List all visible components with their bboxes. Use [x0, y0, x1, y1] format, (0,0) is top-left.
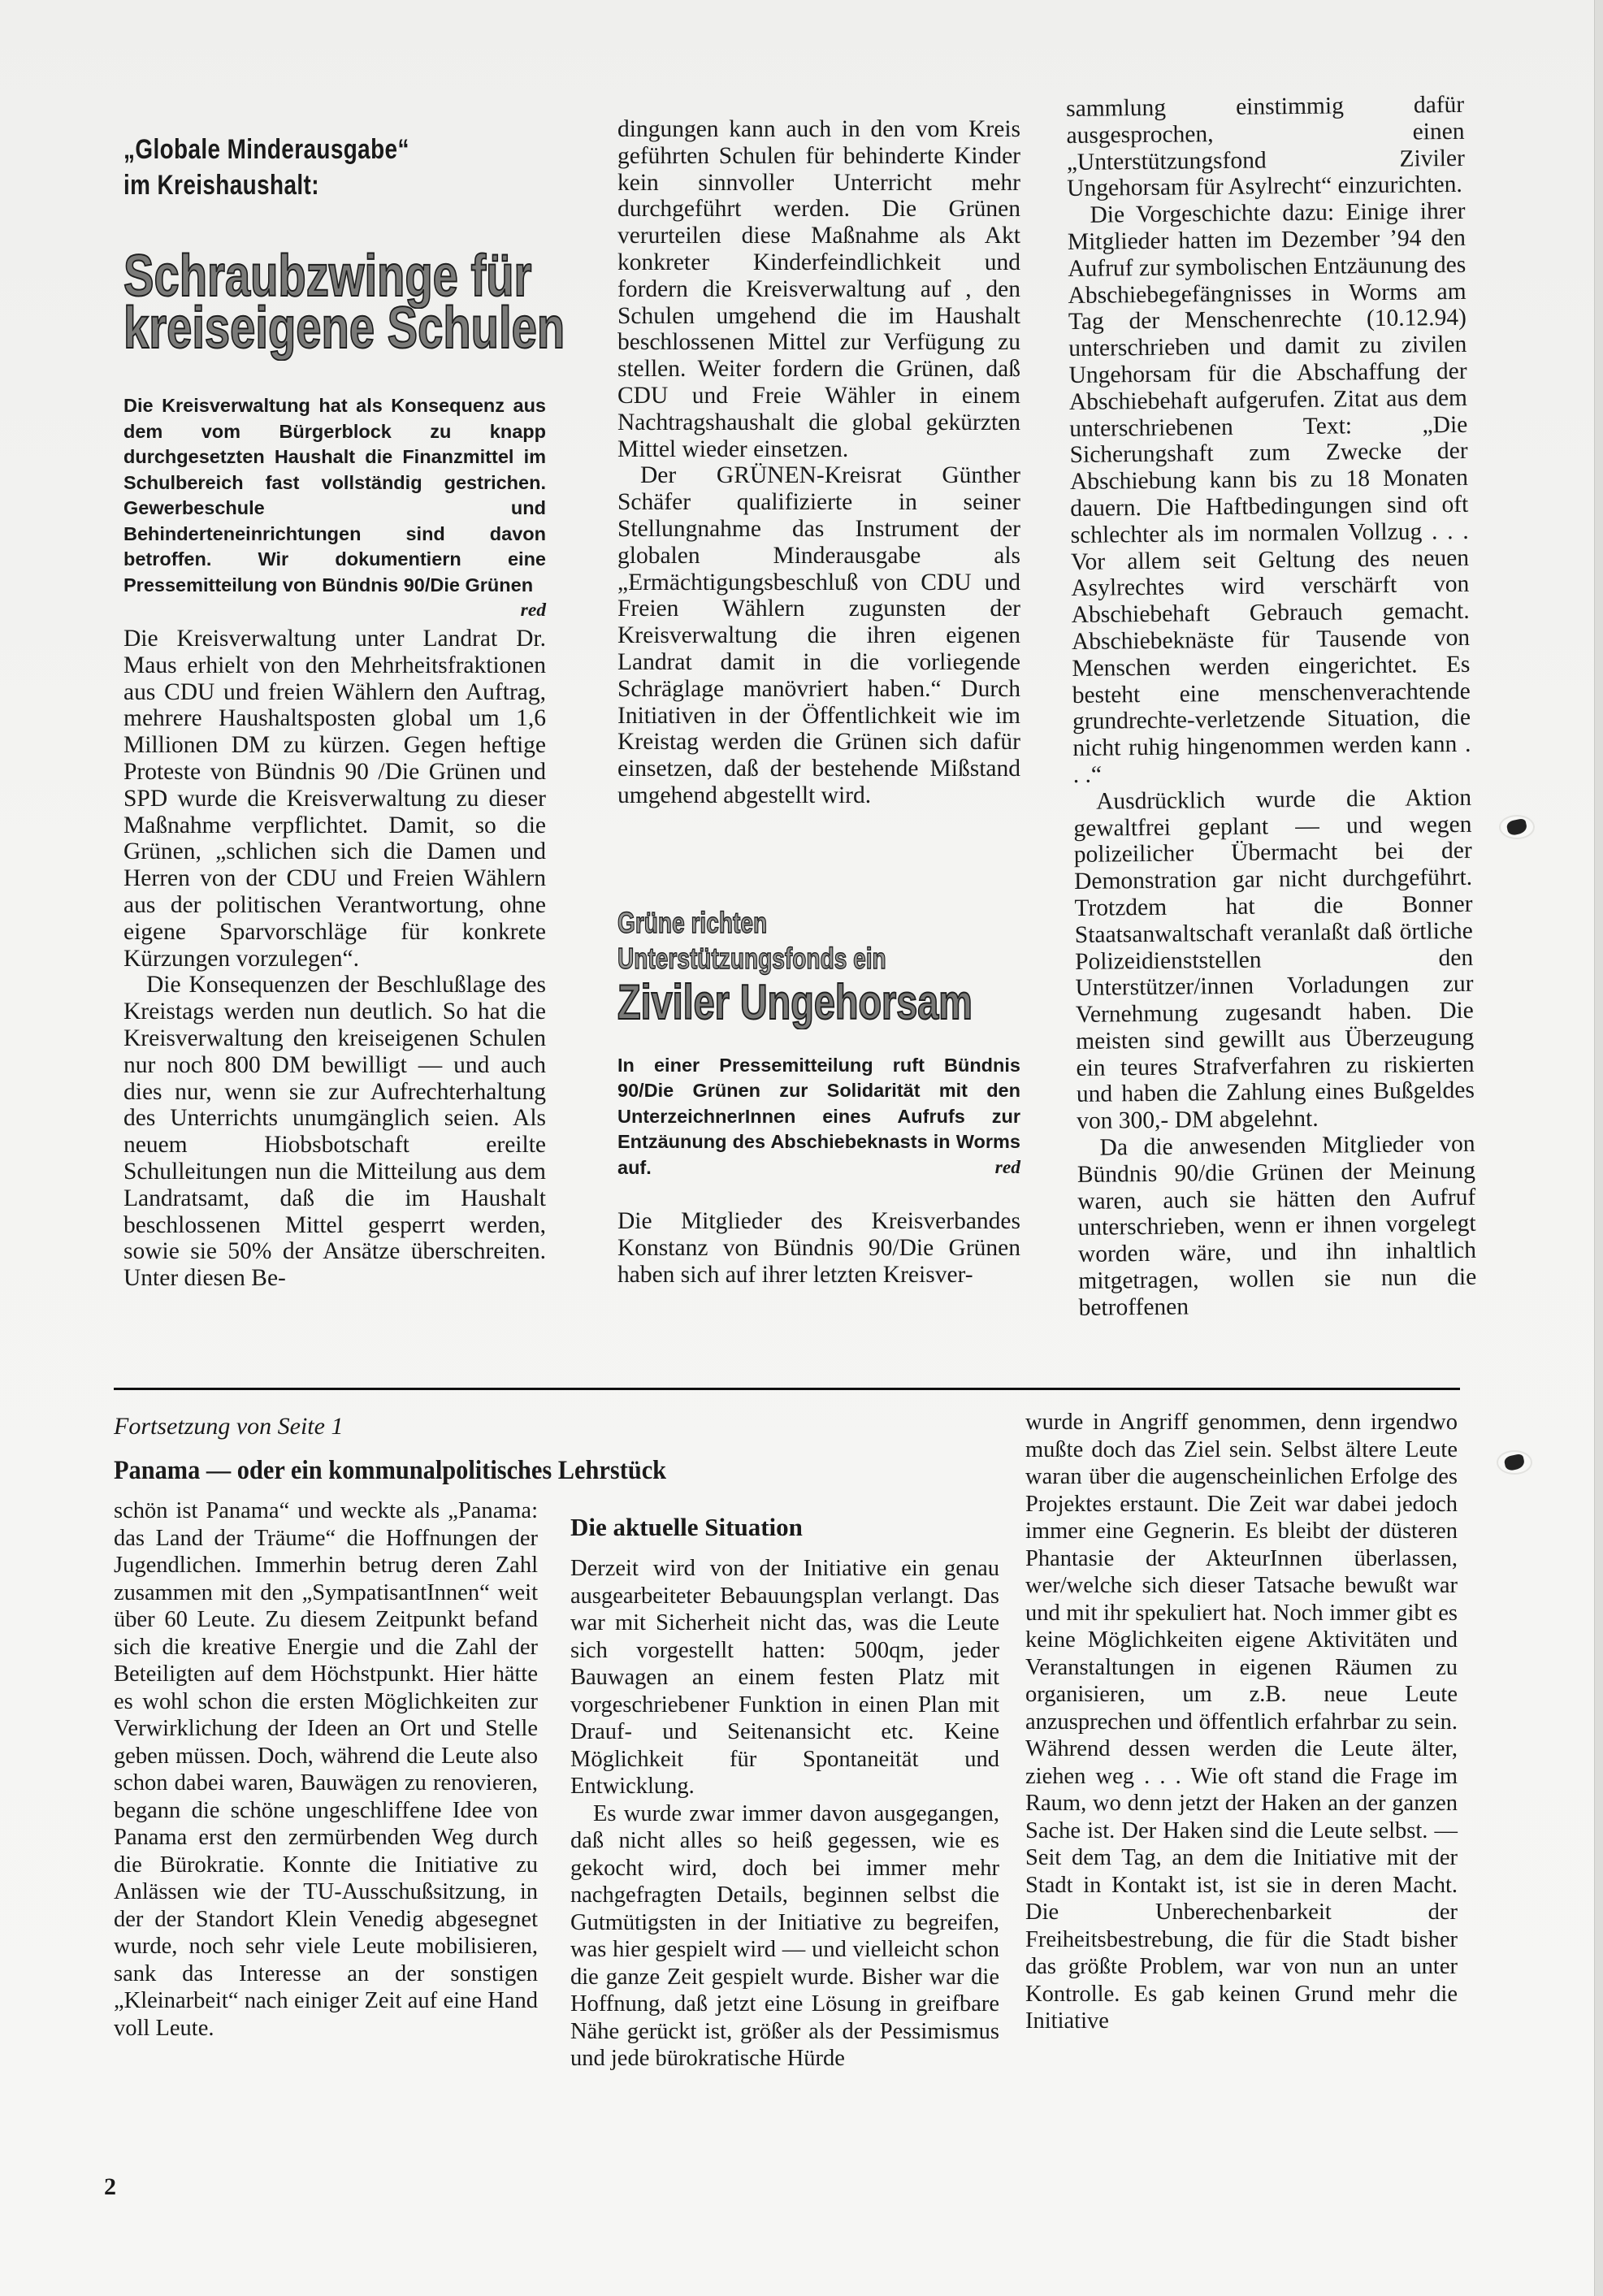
article-ungehorsam-col3: sammlung einstimmig dafür ausgesprochen,… [1066, 92, 1477, 1322]
article2-kicker-line2: Unterstützungsfonds ein [617, 941, 932, 977]
continued-from-label: Fortsetzung von Seite 1 [114, 1412, 343, 1441]
article2-teaser: In einer Pressemitteilung ruft Bündnis 9… [617, 1053, 1020, 1181]
article2-kicker-line1: Grüne richten [617, 905, 932, 941]
section-divider-rule [114, 1388, 1460, 1390]
page-edge-shadow [1594, 0, 1603, 2296]
article2-teaser-text: In einer Pressemitteilung ruft Bündnis 9… [617, 1055, 1020, 1178]
article-schraubzwinge-col2: dingungen kann auch in den vom Kreis gef… [617, 116, 1020, 1289]
article1-teaser-text: Die Kreisverwaltung hat als Konsequenz a… [123, 395, 546, 596]
article2-teaser-credit: red [995, 1155, 1020, 1181]
article2-paragraph: Da die anwesenden Mitglieder von Bündnis… [1077, 1131, 1476, 1322]
newspaper-page: „Globale Minderausgabe“ im Kreishaushalt… [0, 0, 1603, 2296]
article1-headline-line1: Schraubzwinge für [123, 250, 453, 302]
article3-paragraph: schön ist Panama“ und weckte als „Panama… [114, 1497, 538, 2042]
article1-kicker-line1: „Globale Minderausgabe“ [123, 132, 470, 167]
article-panama-col2: Die aktuelle Situation Derzeit wird von … [570, 1501, 999, 2073]
article-schraubzwinge-col1: „Globale Minderausgabe“ im Kreishaushalt… [123, 132, 546, 1292]
article2-paragraph: Die Vorgeschichte dazu: Einige ihrer Mit… [1067, 198, 1471, 789]
article-panama-col3: wurde in Angriff genommen, denn irgendwo… [1025, 1409, 1458, 2035]
article3-paragraph: Es wurde zwar immer davon ausgegangen, d… [570, 1800, 999, 2073]
article1-paragraph: Die Konsequenzen der Beschlußlage des Kr… [123, 972, 546, 1292]
article3-headline: Panama — oder ein kommunalpolitisches Le… [114, 1454, 666, 1487]
article2-paragraph: sammlung einstimmig dafür ausgesprochen,… [1066, 92, 1465, 202]
punch-hole-mark-icon [1499, 815, 1535, 839]
article1-headline-line2: kreiseigene Schulen [123, 302, 453, 354]
article1-paragraph: dingungen kann auch in den vom Kreis gef… [617, 116, 1020, 462]
article2-headline: Ziviler Ungehorsam [617, 977, 932, 1029]
article2-paragraph: Die Mitglieder des Kreisverbandes Konsta… [617, 1208, 1020, 1288]
article1-paragraph: Die Kreisverwaltung unter Landrat Dr. Ma… [123, 626, 546, 972]
punch-hole-mark-icon [1497, 1450, 1532, 1475]
article1-teaser: Die Kreisverwaltung hat als Konsequenz a… [123, 393, 546, 598]
article-panama-col1: schön ist Panama“ und weckte als „Panama… [114, 1497, 538, 2042]
article3-paragraph: Derzeit wird von der Initiative ein gena… [570, 1555, 999, 1800]
article1-paragraph: Der GRÜNEN-Kreisrat Günther Schäfer qual… [617, 462, 1020, 808]
article1-kicker-line2: im Kreishaushalt: [123, 167, 470, 203]
page-number: 2 [104, 2173, 116, 2201]
article1-teaser-credit: red [521, 598, 546, 624]
article3-subhead: Die aktuelle Situation [570, 1511, 999, 1544]
article2-paragraph: Ausdrücklich wurde die Aktion gewaltfrei… [1073, 785, 1475, 1135]
article3-paragraph: wurde in Angriff genommen, denn irgendwo… [1025, 1409, 1458, 2035]
